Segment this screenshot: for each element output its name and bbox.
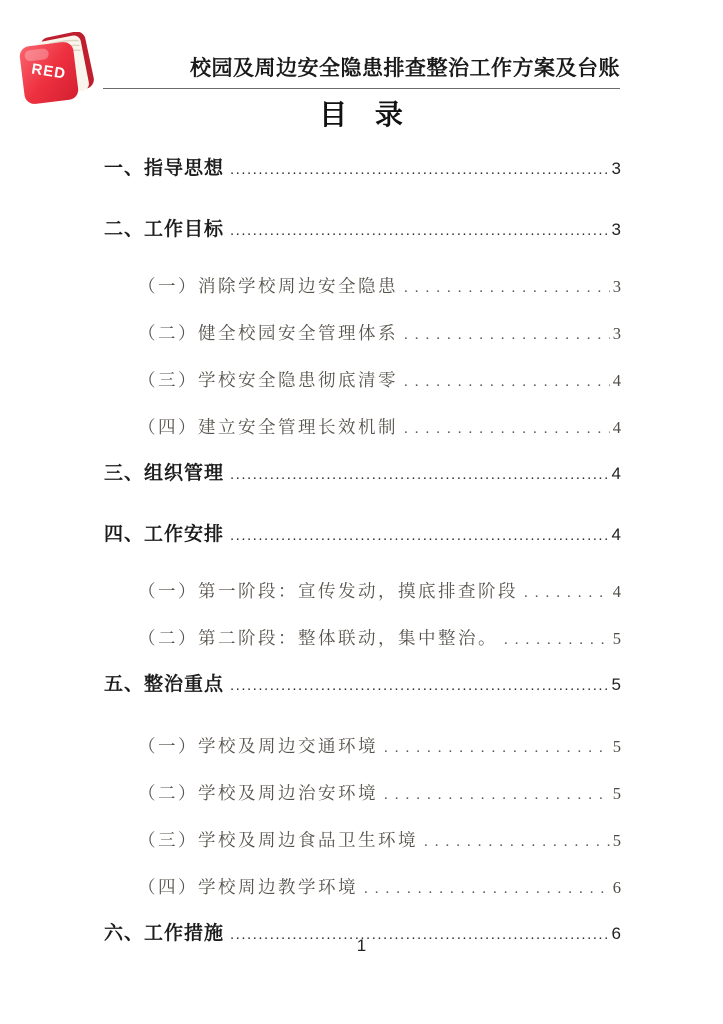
toc-entry-page: 4 <box>612 462 621 486</box>
toc-entry: （四）学校周边教学环境 ............................… <box>104 875 621 901</box>
toc-leader-dots: ........................................… <box>230 524 609 548</box>
toc-leader-dots: ........................................… <box>230 219 609 243</box>
toc-leader-dots: ........................................… <box>404 370 610 394</box>
toc-entry-page: 4 <box>613 580 621 604</box>
toc-list: 一、指导思想 .................................… <box>104 157 621 947</box>
toc-entry-label: 二、工作目标 <box>104 218 224 242</box>
toc-entry-page: 5 <box>613 829 621 853</box>
toc-entry-page: 5 <box>613 627 621 651</box>
toc-entry-page: 4 <box>612 523 621 547</box>
toc-entry-label: 四、工作安排 <box>104 523 224 547</box>
toc-entry: （二）第二阶段：整体联动，集中整治。 .....................… <box>104 626 621 652</box>
toc-entry-page: 5 <box>613 735 621 759</box>
toc-leader-dots: ........................................… <box>230 158 609 182</box>
header-divider <box>103 88 620 89</box>
toc-entry-page: 3 <box>612 218 621 242</box>
toc-entry-label: （二）第二阶段：整体联动，集中整治。 <box>138 626 498 650</box>
toc-leader-dots: ........................................… <box>230 674 609 698</box>
toc-entry: （四）建立安全管理长效机制 ..........................… <box>104 415 621 441</box>
toc-entry: 五、整治重点 .................................… <box>104 673 621 698</box>
toc-leader-dots: ........................................… <box>230 463 609 487</box>
toc-entry-label: 五、整治重点 <box>104 673 224 697</box>
toc-entry-label: （三）学校及周边食品卫生环境 <box>138 828 418 852</box>
page-number: 1 <box>0 936 723 956</box>
toc-entry-label: 一、指导思想 <box>104 157 224 181</box>
toc-entry-label: （一）学校及周边交通环境 <box>138 734 378 758</box>
toc-entry-label: （三）学校安全隐患彻底清零 <box>138 368 398 392</box>
toc-entry: 二、工作目标 .................................… <box>104 218 621 243</box>
toc-entry-label: （四）学校周边教学环境 <box>138 875 358 899</box>
toc-entry: 一、指导思想 .................................… <box>104 157 621 182</box>
toc-entry-page: 4 <box>613 416 621 440</box>
toc-entry: 三、组织管理 .................................… <box>104 462 621 487</box>
toc-entry: （三）学校安全隐患彻底清零 ..........................… <box>104 368 621 394</box>
toc-entry-page: 3 <box>613 275 621 299</box>
toc-entry-label: 三、组织管理 <box>104 462 224 486</box>
toc-entry-label: （四）建立安全管理长效机制 <box>138 415 398 439</box>
toc-entry-page: 3 <box>613 322 621 346</box>
toc-entry-label: （一）消除学校周边安全隐患 <box>138 274 398 298</box>
toc-entry-page: 5 <box>613 782 621 806</box>
toc-title: 目 录 <box>0 93 723 133</box>
toc-entry-label: （二）学校及周边治安环境 <box>138 781 378 805</box>
toc-entry: （二）学校及周边治安环境 ...........................… <box>104 781 621 807</box>
toc-leader-dots: ........................................… <box>384 783 610 807</box>
toc-entry: （一）消除学校周边安全隐患 ..........................… <box>104 274 621 300</box>
document-page: RED 校园及周边安全隐患排查整治工作方案及台账 目 录 一、指导思想 ....… <box>0 0 723 1024</box>
toc-leader-dots: ........................................… <box>384 736 610 760</box>
toc-entry-label: （二）健全校园安全管理体系 <box>138 321 398 345</box>
toc-leader-dots: ........................................… <box>404 276 610 300</box>
toc-entry-page: 4 <box>613 369 621 393</box>
toc-entry: （一）学校及周边交通环境 ...........................… <box>104 734 621 760</box>
toc-entry-page: 5 <box>612 673 621 697</box>
toc-entry-page: 3 <box>612 157 621 181</box>
toc-leader-dots: ........................................… <box>404 417 610 441</box>
toc-entry: （二）健全校园安全管理体系 ..........................… <box>104 321 621 347</box>
toc-leader-dots: ........................................… <box>424 830 610 854</box>
toc-leader-dots: ........................................… <box>524 581 610 605</box>
toc-entry-page: 6 <box>613 876 621 900</box>
toc-entry: （三）学校及周边食品卫生环境 .........................… <box>104 828 621 854</box>
document-header-title: 校园及周边安全隐患排查整治工作方案及台账 <box>190 52 620 82</box>
toc-entry: 四、工作安排 .................................… <box>104 523 621 548</box>
toc-leader-dots: ........................................… <box>364 877 610 901</box>
toc-leader-dots: ........................................… <box>404 323 610 347</box>
toc-leader-dots: ........................................… <box>504 628 610 652</box>
toc-entry-label: （一）第一阶段：宣传发动，摸底排查阶段 <box>138 579 518 603</box>
toc-entry: （一）第一阶段：宣传发动，摸底排查阶段 ....................… <box>104 579 621 605</box>
